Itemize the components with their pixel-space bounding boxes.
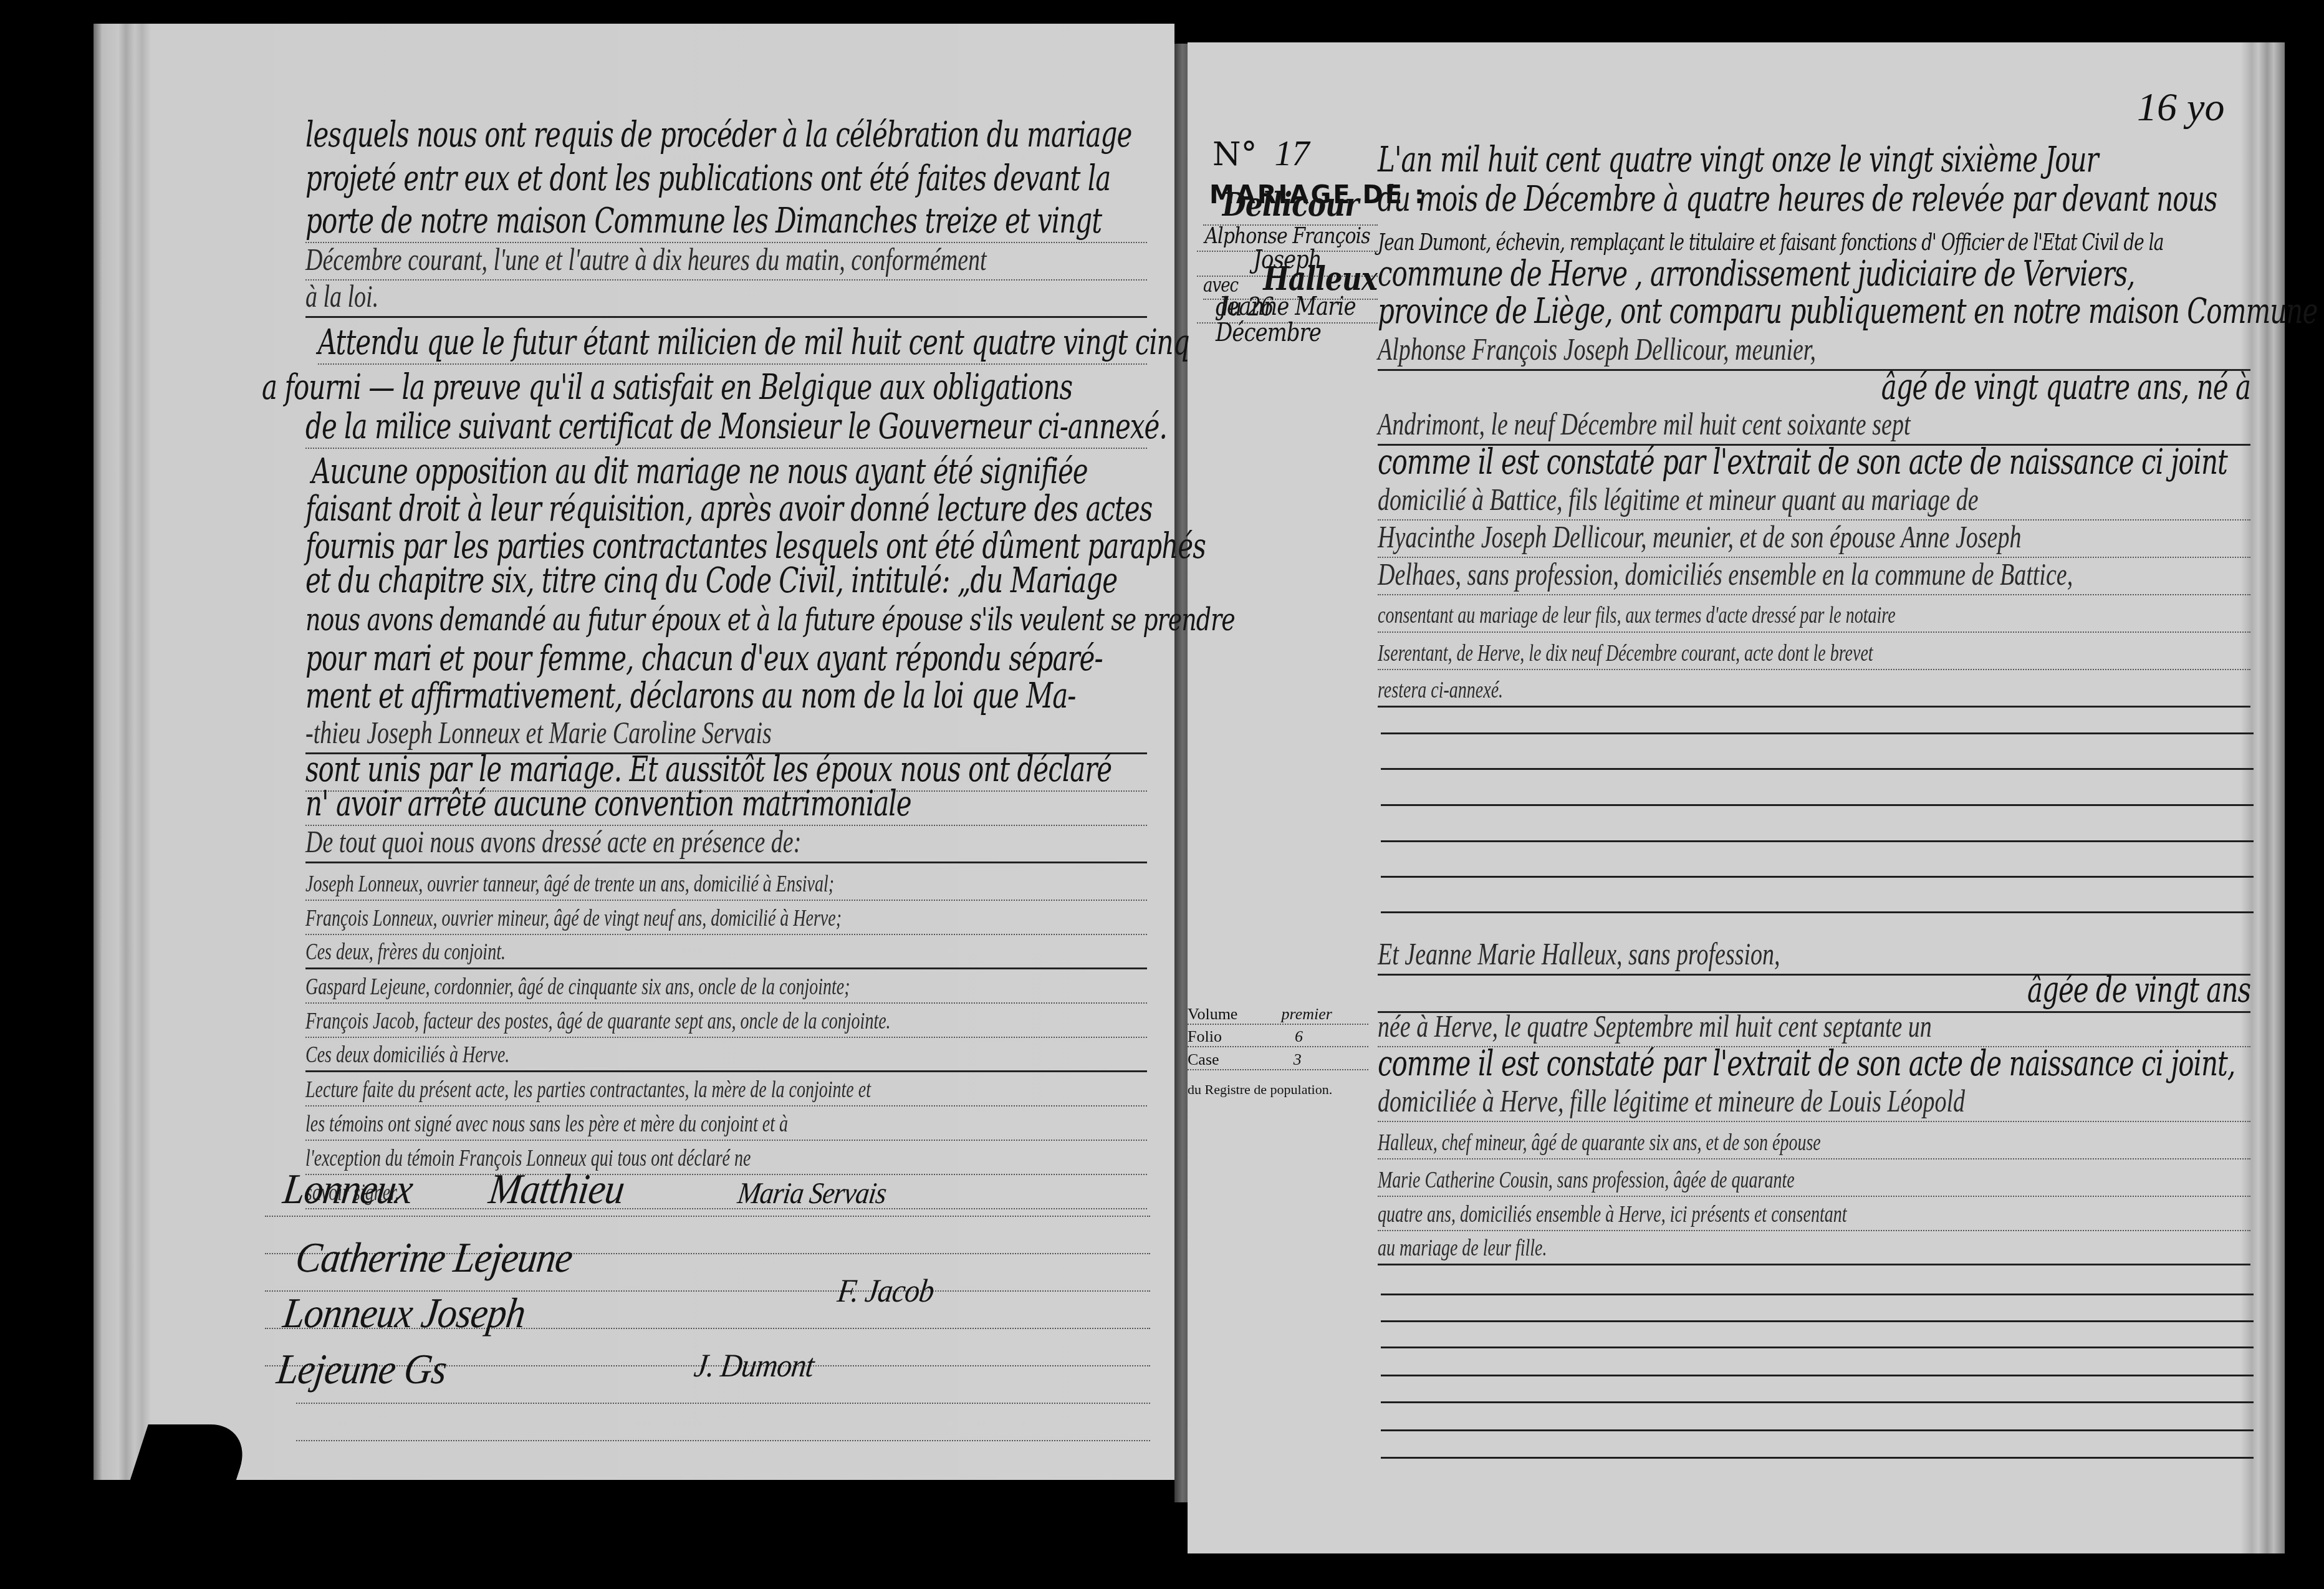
text-line: comme il est constaté par l'extrait de s… xyxy=(1378,446,2250,483)
witness-line: François Jacob, facteur des postes, âgé … xyxy=(305,1001,1147,1038)
text-line: née à Herve, le quatre Septembre mil hui… xyxy=(1378,1010,2250,1047)
signature: J. Dumont xyxy=(692,1350,815,1385)
text-line: n' avoir arrêté aucune convention matrim… xyxy=(305,789,1147,826)
signature: F. Jacob xyxy=(835,1275,936,1310)
ruled-line xyxy=(1381,768,2254,770)
ruled-line xyxy=(1381,1401,2254,1403)
text-line: Ces deux domiciliés à Herve. xyxy=(305,1035,1147,1072)
text-line: nous avons demandé au futur époux et à l… xyxy=(305,602,1147,639)
witness-line: François Lonneux, ouvrier mineur, âgé de… xyxy=(305,898,1147,935)
ruled-line xyxy=(1381,1347,2254,1348)
text-line: à la loi. xyxy=(305,281,1147,318)
text-line: domiciliée à Herve, fille légitime et mi… xyxy=(1378,1085,2250,1122)
text-line: quatre ans, domiciliés ensemble à Herve,… xyxy=(1378,1194,2250,1231)
text-line: comme il est constaté par l'extrait de s… xyxy=(1378,1047,2250,1085)
text-line: L'an mil huit cent quatre vingt onze le … xyxy=(1378,143,2250,181)
text-line: âgée de vingt ans xyxy=(1378,976,2250,1013)
text-line: Andrimont, le neuf Décembre mil huit cen… xyxy=(1378,408,2250,446)
text-line: projeté entr eux et dont les publication… xyxy=(305,162,1147,199)
text-line: ment et affirmativement, déclarons au no… xyxy=(305,679,1147,717)
register-volume: Volumepremier xyxy=(1188,1005,1368,1025)
ruled-line xyxy=(1381,1375,2254,1376)
text-line: consentant au mariage de leur fils, aux … xyxy=(1378,595,2250,633)
register-footer: du Registre de population. xyxy=(1188,1082,1332,1098)
witness-line: Gaspard Lejeune, cordonnier, âgé de cinq… xyxy=(305,966,1147,1004)
register-folio: Folio6 xyxy=(1188,1027,1368,1047)
officer-line: Jean Dumont, échevin, remplaçant le titu… xyxy=(1378,220,2250,257)
text-line: au mariage de leur fille. xyxy=(1378,1228,2250,1265)
ruled-line xyxy=(265,1216,1150,1217)
text-line: du mois de Décembre à quatre heures de r… xyxy=(1378,183,2250,220)
text-line: Marie Catherine Cousin, sans profession,… xyxy=(1378,1159,2250,1197)
ruled-line xyxy=(296,1403,1150,1404)
record-number: N°17 xyxy=(1212,134,1310,174)
text-line: porte de notre maison Commune les Dimanc… xyxy=(305,206,1147,243)
text-line: âgé de vingt quatre ans, né à xyxy=(1378,371,2250,408)
signature: Maria Servais xyxy=(736,1178,888,1211)
text-line: l'exception du témoin François Lonneux q… xyxy=(305,1138,1147,1175)
book-gutter xyxy=(1174,44,1188,1502)
register-case: Case3 xyxy=(1188,1050,1368,1070)
ruled-line xyxy=(1381,1429,2254,1431)
text-line: Delhaes, sans profession, domiciliés ens… xyxy=(1378,558,2250,595)
text-line: Iserentant, de Herve, le dix neuf Décemb… xyxy=(1378,633,2250,670)
text-line: de la milice suivant certificat de Monsi… xyxy=(305,411,1147,449)
text-line: Lecture faite du présent acte, les parti… xyxy=(305,1069,1147,1107)
text-line: et du chapitre six, titre cinq du Code C… xyxy=(305,564,1147,602)
ruled-line xyxy=(1381,732,2254,734)
witness-line: Joseph Lonneux, ouvrier tanneur, âgé de … xyxy=(305,863,1147,901)
marriage-date: du 26 Décembre xyxy=(1216,321,1378,348)
signature: Lejeune Gs xyxy=(274,1348,449,1394)
text-line: commune de Herve , arrondissement judici… xyxy=(1378,257,2250,295)
text-line: pour mari et pour femme, chacun d'eux ay… xyxy=(305,642,1147,679)
ruled-line xyxy=(1381,1320,2254,1322)
text-line: domicilié à Battice, fils légitime et mi… xyxy=(1378,483,2250,521)
text-line: province de Liège, ont comparu publiquem… xyxy=(1378,295,2250,332)
ruled-line xyxy=(1381,911,2254,913)
text-line: Hyacinthe Joseph Dellicour, meunier, et … xyxy=(1378,521,2250,558)
ruled-line xyxy=(1381,804,2254,806)
text-line: lesquels nous ont requis de procéder à l… xyxy=(305,118,1147,156)
record-number-label: N° xyxy=(1212,136,1257,173)
text-line: savoir signer. xyxy=(305,1172,1147,1209)
ruled-line xyxy=(1381,1457,2254,1459)
text-line: Ces deux, frères du conjoint. xyxy=(305,932,1147,969)
text-line: Attendu que le futur étant milicien de m… xyxy=(318,327,1147,365)
ruled-line xyxy=(1381,840,2254,842)
signature: Lonneux xyxy=(281,1168,415,1213)
ruled-line xyxy=(1381,876,2254,878)
ruled-line xyxy=(296,1440,1150,1441)
signature: Matthieu xyxy=(486,1168,627,1213)
signature: Catherine Lejeune xyxy=(293,1236,575,1282)
groom-name-line: Alphonse François Joseph Dellicour, meun… xyxy=(1378,334,2250,371)
text-line: De tout quoi nous avons dressé acte en p… xyxy=(305,826,1147,863)
text-line: a fourni — la preuve qu'il a satisfait e… xyxy=(262,371,1147,408)
signature: Lonneux Joseph xyxy=(281,1292,527,1338)
text-line: Aucune opposition au dit mariage ne nous… xyxy=(312,455,1147,492)
ruled-line xyxy=(1381,1294,2254,1295)
record-number-value: 17 xyxy=(1275,135,1310,173)
groom-surname: Dellicour xyxy=(1203,198,1378,226)
text-line: restera ci-annexé. xyxy=(1378,670,2250,708)
text-line: Décembre courant, l'une et l'autre à dix… xyxy=(305,243,1147,281)
text-line: Halleux, chef mineur, âgé de quarante si… xyxy=(1378,1122,2250,1159)
text-line: les témoins ont signé avec nous sans les… xyxy=(305,1103,1147,1141)
page-number: 16 yo xyxy=(2137,84,2224,130)
text-line: faisant droit à leur réquisition, après … xyxy=(305,492,1147,530)
